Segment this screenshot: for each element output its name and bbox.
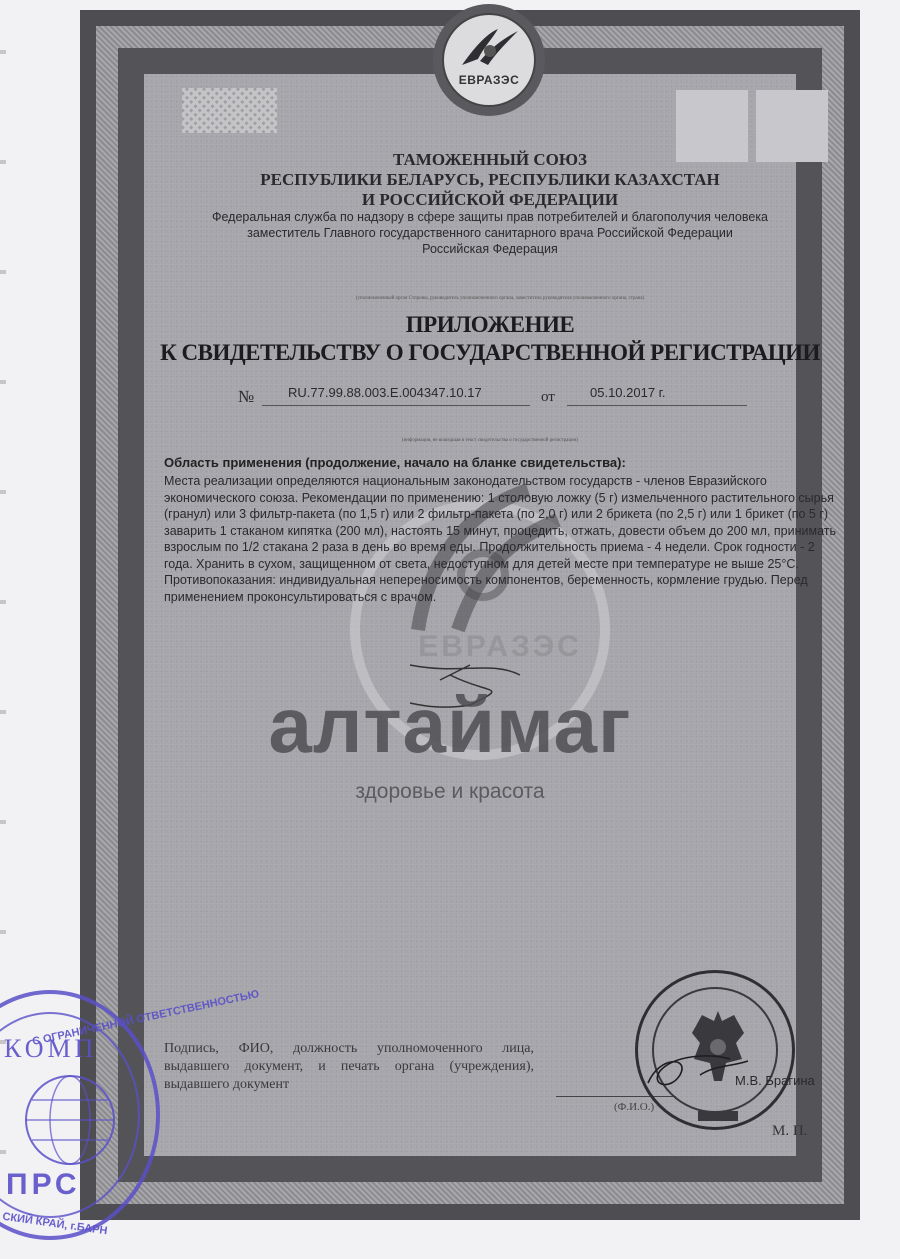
union-title: РЕСПУБЛИКИ БЕЛАРУСЬ, РЕСПУБЛИКИ КАЗАХСТА… — [140, 170, 840, 190]
date-label: от — [541, 389, 555, 406]
registration-number: RU.77.99.88.003.E.004347.10.17 — [288, 385, 482, 400]
fio-caption: (Ф.И.О.) — [614, 1101, 654, 1113]
union-title: ТАМОЖЕННЫЙ СОЮЗ — [140, 150, 840, 170]
registration-date: 05.10.2017 г. — [590, 385, 665, 400]
document-subtitle: К СВИДЕТЕЛЬСТВУ О ГОСУДАРСТВЕННОЙ РЕГИСТ… — [140, 340, 840, 366]
agency-line: Федеральная служба по надзору в сфере за… — [140, 210, 840, 224]
globe-icon — [10, 1070, 130, 1170]
brand-tagline: здоровье и красота — [180, 780, 720, 804]
scope-title: Область применения (продолжение, начало … — [164, 455, 626, 470]
number-label: № — [238, 387, 254, 407]
number-underline — [262, 405, 530, 406]
scope-body: Места реализации определяются национальн… — [164, 473, 840, 605]
agency-line: заместитель Главного государственного са… — [140, 226, 840, 240]
emblem-face: ЕВРАЗЭС — [442, 13, 536, 107]
company-seal-word: КОМП — [4, 1034, 97, 1064]
agency-line: Российская Федерация — [140, 242, 840, 256]
brand-watermark: алтаймаг — [180, 680, 720, 771]
info-caption: (информация, не вошедшая в текст свидете… — [280, 438, 700, 443]
authority-caption: (уполномоченный орган Стороны, руководит… — [200, 296, 800, 301]
emblem-text: ЕВРАЗЭС — [444, 73, 534, 87]
seal-bar — [698, 1111, 738, 1121]
document-title: ПРИЛОЖЕНИЕ — [140, 312, 840, 338]
evrazes-emblem: ЕВРАЗЭС — [433, 4, 545, 116]
evrazes-logo-icon — [458, 25, 522, 71]
company-seal-code: ПРС — [6, 1168, 81, 1202]
union-title: И РОССИЙСКОЙ ФЕДЕРАЦИИ — [140, 190, 840, 210]
signer-name: М.В. Брагина — [735, 1073, 815, 1088]
security-pattern — [182, 88, 277, 133]
signature-caption: Подпись, ФИО, должность уполномоченного … — [164, 1040, 534, 1094]
stamp-place-label: М. П. — [772, 1123, 807, 1140]
date-underline — [567, 405, 747, 406]
